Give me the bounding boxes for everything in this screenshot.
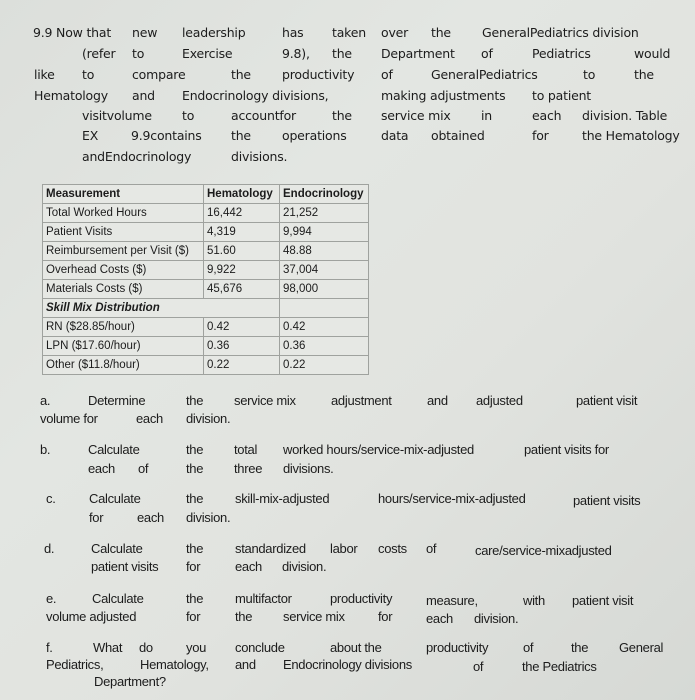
question-word: Department? (94, 674, 166, 689)
table-row: Other ($11.8/hour) 0.22 0.22 (43, 356, 369, 375)
question-word: multifactor (235, 591, 292, 606)
intro-word: new (132, 25, 157, 40)
question-word: with (523, 593, 545, 608)
table-row: RN ($28.85/hour) 0.42 0.42 (43, 318, 369, 337)
question-word: total (234, 442, 257, 457)
intro-word: to patient (532, 88, 591, 103)
intro-word: service mix (381, 108, 451, 123)
intro-word: GeneralPediatrics division (482, 25, 639, 40)
intro-word: like (34, 67, 55, 82)
table-header-row: Measurement Hematology Endocrinology (43, 185, 369, 204)
question-word: volume for (40, 411, 98, 426)
row-label: Overhead Costs ($) (43, 261, 204, 280)
question-word: standardized (235, 541, 306, 556)
cell-endocrinology: 9,994 (280, 223, 369, 242)
question-word: productivity (426, 640, 488, 655)
question-word: the (186, 393, 203, 408)
question-word: adjusted (476, 393, 523, 408)
question-word: Calculate (89, 491, 141, 506)
cell-endocrinology: 0.42 (280, 318, 369, 337)
intro-word: and (132, 88, 155, 103)
question-word: each (426, 611, 453, 626)
intro-word: to (182, 108, 194, 123)
cell-endocrinology: 48.88 (280, 242, 369, 261)
intro-word: Department (381, 46, 455, 61)
question-word: the (186, 461, 203, 476)
question-word: adjustment (331, 393, 392, 408)
question-word: the (186, 591, 203, 606)
intro-word: over (381, 25, 408, 40)
question-label: a. (40, 393, 50, 408)
intro-word: Pediatrics (532, 46, 591, 61)
question-word: patient visits (91, 559, 158, 574)
cell-hematology: 0.36 (204, 337, 280, 356)
row-label: Reimbursement per Visit ($) (43, 242, 204, 261)
cell-endocrinology: 98,000 (280, 280, 369, 299)
intro-word: 9.8), (282, 46, 310, 61)
question-word: and (235, 657, 256, 672)
table-row: LPN ($17.60/hour) 0.36 0.36 (43, 337, 369, 356)
section-header-row: Skill Mix Distribution (43, 299, 369, 318)
question-label: c. (46, 491, 56, 506)
question-word: for (186, 609, 200, 624)
intro-word: the (231, 67, 251, 82)
question-word: patient visits (573, 493, 640, 508)
question-word: patient visit (576, 393, 637, 408)
question-word: service mix (283, 609, 345, 624)
question-word: each (88, 461, 115, 476)
intro-word: divisions. (231, 149, 287, 164)
intro-word: of (381, 67, 393, 82)
question-word: division. (186, 411, 230, 426)
intro-word: (refer (82, 46, 115, 61)
question-word: the Pediatrics (522, 659, 597, 674)
question-word: about the (330, 640, 382, 655)
table-row: Materials Costs ($) 45,676 98,000 (43, 280, 369, 299)
row-label: LPN ($17.60/hour) (43, 337, 204, 356)
question-word: Hematology, (140, 657, 209, 672)
cell-hematology: 4,319 (204, 223, 280, 242)
cell-hematology: 51.60 (204, 242, 280, 261)
question-word: What (93, 640, 122, 655)
question-word: volume adjusted (46, 609, 136, 624)
row-label: RN ($28.85/hour) (43, 318, 204, 337)
question-word: the (235, 609, 252, 624)
intro-word: compare (132, 67, 185, 82)
cell-endocrinology: 37,004 (280, 261, 369, 280)
cell-endocrinology: 0.22 (280, 356, 369, 375)
intro-word: GeneralPediatrics (431, 67, 538, 82)
intro-word: in (481, 108, 492, 123)
question-word: of (473, 659, 483, 674)
table-row: Total Worked Hours 16,442 21,252 (43, 204, 369, 223)
question-word: for (89, 510, 103, 525)
intro-word: andEndocrinology (82, 149, 191, 164)
intro-word: division. Table (582, 108, 667, 123)
question-word: the (186, 491, 203, 506)
intro-word: to (132, 46, 144, 61)
intro-word: Exercise (182, 46, 232, 61)
question-word: care/service-mixadjusted (475, 543, 612, 558)
question-word: do (139, 640, 153, 655)
table-row: Reimbursement per Visit ($) 51.60 48.88 (43, 242, 369, 261)
cell-hematology: 0.42 (204, 318, 280, 337)
question-word: skill-mix-adjusted (235, 491, 329, 506)
question-word: conclude (235, 640, 285, 655)
intro-word: for (532, 128, 549, 143)
intro-word: visitvolume (82, 108, 152, 123)
intro-word: the (332, 46, 352, 61)
row-label: Materials Costs ($) (43, 280, 204, 299)
intro-word: each (532, 108, 561, 123)
cell-hematology: 45,676 (204, 280, 280, 299)
question-word: Pediatrics, (46, 657, 103, 672)
intro-word: accountfor (231, 108, 296, 123)
intro-word: has (282, 25, 304, 40)
question-word: division. (282, 559, 326, 574)
question-label: e. (46, 591, 56, 606)
question-word: division. (474, 611, 518, 626)
question-word: Endocrinology divisions (283, 657, 412, 672)
cell-endocrinology: 21,252 (280, 204, 369, 223)
intro-word: 9.9 Now that (33, 25, 111, 40)
intro-word: obtained (431, 128, 485, 143)
question-word: for (186, 559, 200, 574)
question-word: patient visit (572, 593, 633, 608)
question-word: Calculate (91, 541, 143, 556)
intro-word: Endocrinology divisions, (182, 88, 328, 103)
intro-word: to (82, 67, 94, 82)
question-word: of (523, 640, 533, 655)
question-word: the (571, 640, 588, 655)
intro-word: would (634, 46, 670, 61)
row-label: Patient Visits (43, 223, 204, 242)
question-word: service mix (234, 393, 296, 408)
intro-word: taken (332, 25, 366, 40)
question-word: Calculate (88, 442, 140, 457)
table-row: Patient Visits 4,319 9,994 (43, 223, 369, 242)
question-label: b. (40, 442, 50, 457)
column-header: Measurement (43, 185, 204, 204)
question-word: labor (330, 541, 357, 556)
empty-cell (280, 299, 369, 318)
intro-word: data (381, 128, 408, 143)
question-word: for (378, 609, 392, 624)
question-word: General (619, 640, 663, 655)
question-word: each (235, 559, 262, 574)
intro-word: the (332, 108, 352, 123)
intro-word: the (231, 128, 251, 143)
intro-word: the Hematology (582, 128, 680, 143)
intro-word: the (634, 67, 654, 82)
column-header: Endocrinology (280, 185, 369, 204)
question-word: worked hours/service-mix-adjusted (283, 442, 474, 457)
table-row: Overhead Costs ($) 9,922 37,004 (43, 261, 369, 280)
question-word: of (138, 461, 148, 476)
question-word: productivity (330, 591, 392, 606)
question-word: hours/service-mix-adjusted (378, 491, 526, 506)
cell-hematology: 16,442 (204, 204, 280, 223)
question-word: patient visits for (524, 442, 609, 457)
intro-word: EX (82, 128, 98, 143)
section-title: Skill Mix Distribution (43, 299, 280, 318)
intro-word: 9.9contains (131, 128, 202, 143)
question-word: divisions. (283, 461, 333, 476)
question-word: of (426, 541, 436, 556)
row-label: Other ($11.8/hour) (43, 356, 204, 375)
row-label: Total Worked Hours (43, 204, 204, 223)
cell-endocrinology: 0.36 (280, 337, 369, 356)
question-word: each (137, 510, 164, 525)
question-word: the (186, 541, 203, 556)
question-word: Determine (88, 393, 145, 408)
intro-word: productivity (282, 67, 354, 82)
intro-word: to (583, 67, 595, 82)
question-word: and (427, 393, 448, 408)
intro-word: the (431, 25, 451, 40)
intro-word: of (481, 46, 493, 61)
question-word: each (136, 411, 163, 426)
question-word: three (234, 461, 262, 476)
intro-word: making adjustments (381, 88, 505, 103)
question-word: measure, (426, 593, 478, 608)
cell-hematology: 9,922 (204, 261, 280, 280)
question-word: costs (378, 541, 407, 556)
question-word: you (186, 640, 206, 655)
question-word: division. (186, 510, 230, 525)
cell-hematology: 0.22 (204, 356, 280, 375)
question-word: the (186, 442, 203, 457)
operations-data-table: Measurement Hematology Endocrinology Tot… (42, 184, 369, 375)
question-label: d. (44, 541, 54, 556)
question-label: f. (46, 640, 53, 655)
question-word: Calculate (92, 591, 144, 606)
column-header: Hematology (204, 185, 280, 204)
intro-word: leadership (182, 25, 245, 40)
intro-word: Hematology (34, 88, 108, 103)
intro-word: operations (282, 128, 347, 143)
